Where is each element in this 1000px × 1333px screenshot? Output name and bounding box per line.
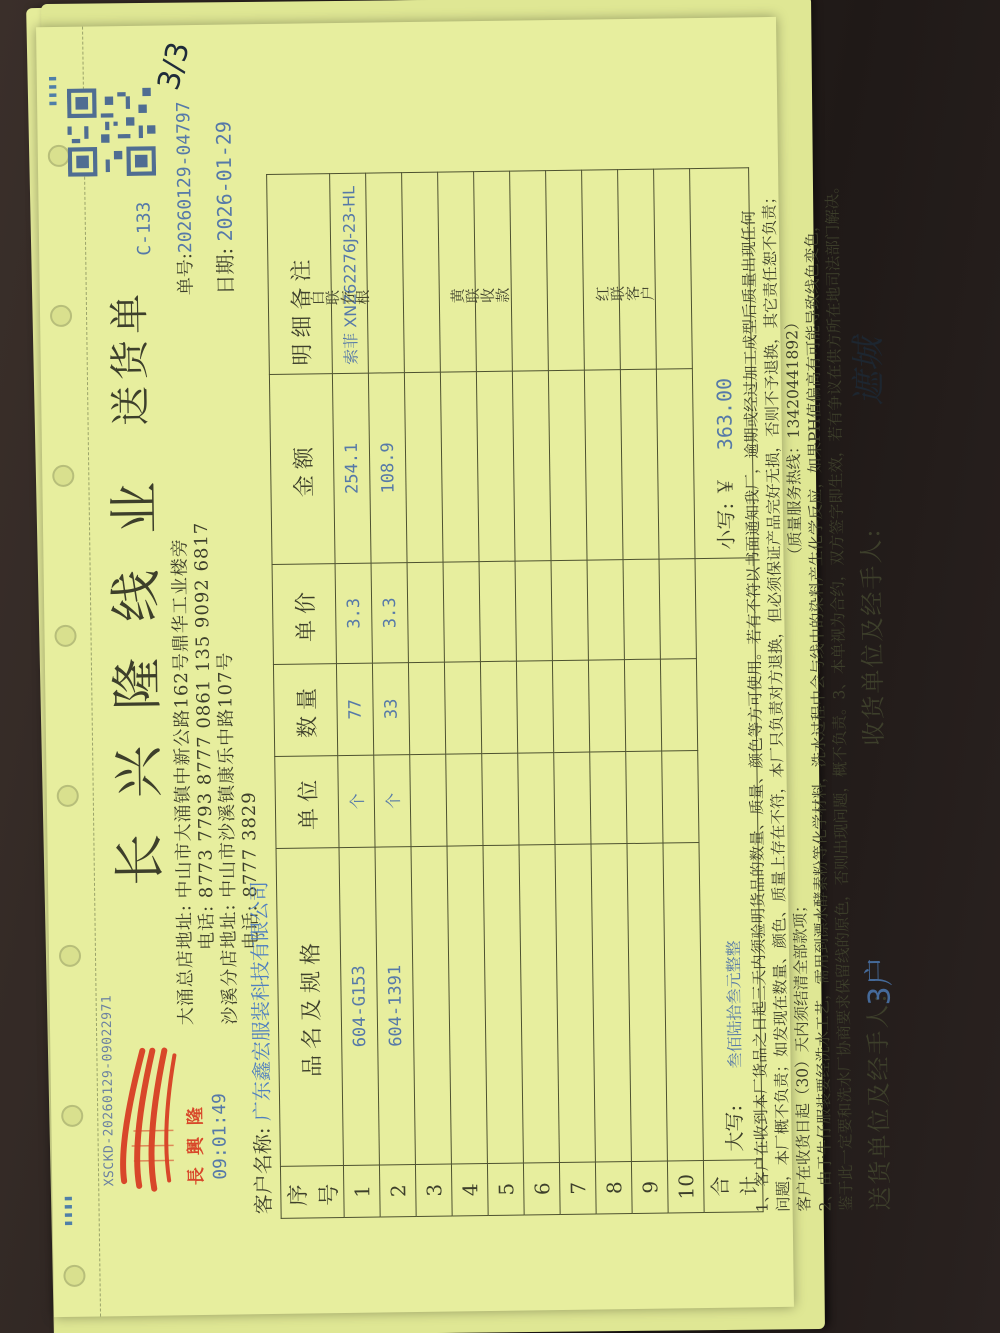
print-time: 09:01:49 — [209, 1092, 231, 1179]
edge-stamp: ▮▮▮▮ — [60, 1193, 74, 1226]
row-note — [546, 170, 585, 370]
row-amount: 254.1 — [332, 373, 371, 563]
total-lower-value: 363.00 — [711, 377, 736, 450]
customer-name: 广东鑫宏服装科技有限公司 — [247, 880, 274, 1120]
tractor-hole — [61, 1104, 83, 1126]
company-title: 长兴隆线业 — [92, 445, 173, 886]
row-price — [515, 560, 552, 660]
row-name — [591, 843, 631, 1161]
row-no: 3 — [415, 1164, 452, 1216]
delivery-note-wrapper: ▮▮▮▮ ▮▮▮▮ XSCKD-20260129-09022971 長興隆 09… — [30, 0, 800, 1333]
row-price: 3.3 — [371, 562, 408, 662]
page-mark-handwritten: 3/3 — [151, 38, 197, 93]
row-no: 8 — [595, 1161, 632, 1213]
header-note: 明细备注 — [267, 173, 333, 374]
total-upper-value: 叁佰陆拾叁元整整 — [723, 940, 744, 1068]
receiver-sign-label: 收货单位及经手人: — [851, 527, 889, 746]
sender-signature: 3户 — [854, 956, 899, 1006]
copy-label-yellow: 黄联收款 — [450, 286, 510, 311]
row-note — [366, 172, 405, 372]
row-price — [551, 560, 588, 660]
row-unit — [662, 750, 699, 842]
document-number-value: 20260129-04797 — [173, 101, 196, 253]
tractor-hole — [59, 944, 81, 966]
copy-label-red: 红联客户 — [595, 284, 655, 309]
row-name — [519, 844, 559, 1162]
row-qty — [624, 659, 661, 751]
row-unit — [590, 751, 627, 843]
customer-line: 客户名称: 广东鑫宏服装科技有限公司 — [243, 880, 277, 1213]
header-price: 单价 — [272, 563, 336, 664]
row-name — [627, 843, 667, 1161]
row-price — [443, 561, 480, 661]
row-qty — [408, 662, 445, 754]
terms-notes: 1、客户在收到本厂货品之日起三天内须验明货品的数量、质量、颜色等方可使用。若有不… — [738, 130, 858, 1211]
row-amount — [440, 371, 479, 561]
row-unit — [482, 753, 519, 845]
row-unit — [518, 752, 555, 844]
row-note — [438, 171, 477, 371]
row-qty — [480, 661, 517, 753]
logo-text: 長興隆 — [181, 1094, 208, 1184]
form-code-value: C-133 — [133, 201, 155, 255]
row-note — [402, 172, 441, 372]
row-no: 1 — [343, 1165, 380, 1217]
row-note — [474, 171, 513, 371]
row-no: 9 — [631, 1161, 668, 1213]
document-type: 送货单 — [98, 287, 157, 426]
header-unit: 单位 — [275, 755, 339, 848]
row-qty — [588, 659, 625, 751]
document-date-label: 日期: — [213, 247, 238, 294]
sender-sign-label: 送货单位及经手人: — [858, 992, 896, 1211]
document-date-value: 2026-01-29 — [211, 120, 237, 241]
row-price — [407, 562, 444, 662]
row-qty: 77 — [336, 663, 373, 755]
form-code: C-133 — [133, 201, 155, 255]
row-no: 2 — [379, 1164, 416, 1216]
row-name — [411, 846, 451, 1164]
row-amount — [512, 370, 551, 560]
tractor-hole — [52, 464, 74, 486]
row-name — [447, 845, 487, 1163]
row-note — [654, 168, 693, 368]
document-number: 单号:20260129-04797 — [169, 101, 198, 295]
row-unit — [554, 752, 591, 844]
row-price — [623, 559, 660, 659]
row-amount — [548, 370, 587, 560]
document-number-label: 单号: — [175, 252, 197, 294]
row-name: 604-G153 — [339, 847, 379, 1165]
row-unit — [446, 753, 483, 845]
receiver-signature: 遮城 — [840, 337, 890, 406]
row-qty — [552, 660, 589, 752]
qr-code-icon — [67, 87, 156, 176]
tractor-hole — [57, 784, 79, 806]
row-name — [555, 844, 595, 1162]
header-qty: 数量 — [273, 663, 337, 756]
row-unit — [626, 751, 663, 843]
row-qty — [660, 658, 697, 750]
items-table: 序号 品名及规格 单位 数量 单价 金额 明细备注 1 604-G153 个 7… — [266, 167, 764, 1219]
row-amount — [476, 371, 515, 561]
row-unit: 个 — [338, 755, 375, 847]
row-price — [587, 559, 624, 659]
row-name: 604-1391 — [375, 846, 415, 1164]
row-note — [582, 169, 621, 369]
row-no: 4 — [451, 1163, 488, 1215]
row-amount — [620, 369, 659, 559]
tractor-hole — [50, 304, 72, 326]
row-no: 10 — [667, 1160, 704, 1212]
edge-stamp: ▮▮▮▮ — [45, 74, 59, 107]
delivery-note: ▮▮▮▮ ▮▮▮▮ XSCKD-20260129-09022971 長興隆 09… — [36, 16, 794, 1316]
row-no: 6 — [523, 1162, 560, 1214]
row-note — [510, 170, 549, 370]
row-price: 3.3 — [335, 563, 372, 663]
row-unit — [410, 754, 447, 846]
row-name — [483, 845, 523, 1163]
row-note — [618, 169, 657, 369]
row-amount — [584, 369, 623, 559]
row-note: 索菲 XNZ62276J-23-HL — [330, 173, 369, 373]
tractor-hole — [54, 624, 76, 646]
document-date: 日期: 2026-01-29 — [207, 120, 238, 294]
header-no: 序号 — [280, 1165, 344, 1218]
total-lower-label: 小写: ￥ — [713, 476, 738, 549]
header-name: 品名及规格 — [276, 847, 343, 1166]
copy-label-white: 白联存根 — [310, 288, 370, 313]
row-name — [663, 842, 703, 1160]
row-qty — [444, 661, 481, 753]
total-upper-label: 大写: — [722, 1104, 747, 1151]
customer-label: 客户名称: — [250, 1127, 275, 1214]
row-price — [659, 558, 696, 658]
row-price — [479, 561, 516, 661]
row-amount — [404, 372, 443, 562]
row-qty — [516, 660, 553, 752]
row-qty: 33 — [372, 662, 409, 754]
row-no: 5 — [487, 1163, 524, 1215]
tractor-hole — [48, 144, 70, 166]
row-amount — [656, 368, 695, 558]
row-no: 7 — [559, 1162, 596, 1214]
header-amount: 金额 — [269, 373, 335, 564]
tractor-hole — [63, 1264, 85, 1286]
row-unit: 个 — [374, 754, 411, 846]
row-amount: 108.9 — [368, 372, 407, 562]
